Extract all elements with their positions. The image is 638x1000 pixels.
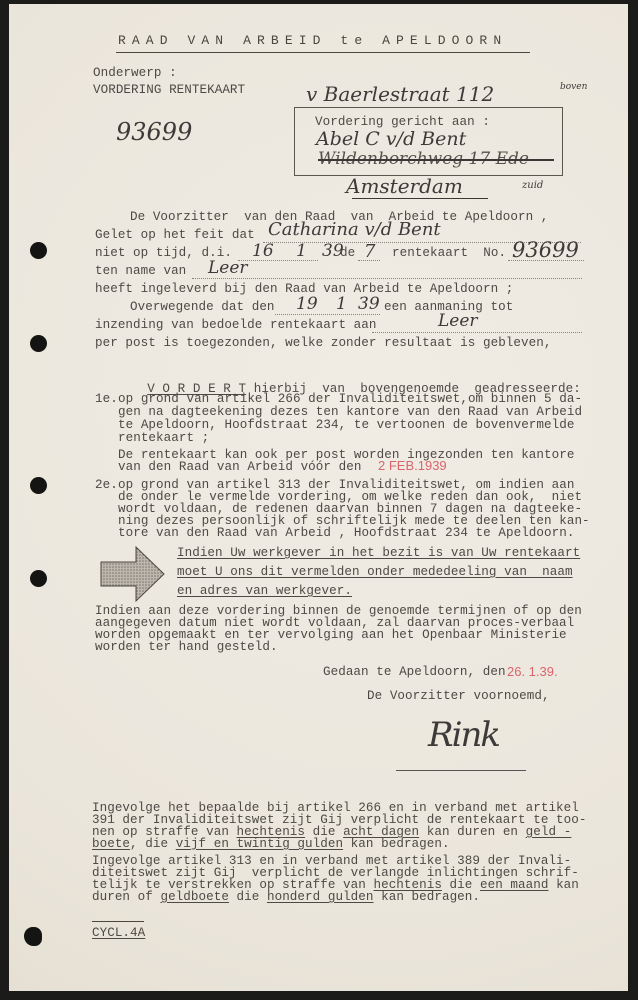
clause-2-line: tore van den Raad van Arbeid , Hoofdstra…	[118, 525, 574, 543]
subject-label: Onderwerp :	[93, 65, 177, 83]
signature-line	[396, 770, 526, 771]
punch-hole	[30, 570, 47, 587]
body-line-considering: Overwegende dat den	[130, 299, 275, 317]
header-rule	[116, 52, 530, 53]
handwritten-card-number: 93699	[512, 238, 579, 262]
clause-1-post-line: van den Raad van Arbeid vóór den	[118, 459, 361, 477]
punch-hole	[24, 927, 42, 946]
footer-line: boete, die vijf en twintig gulden kan be…	[92, 836, 450, 854]
notice-line: moet U ons dit vermelden onder mededeeli…	[177, 564, 573, 582]
fill-line	[372, 332, 582, 333]
handwritten-in-name-of: Leer	[208, 258, 248, 278]
date-stamp-deadline: 2 FEB.1939	[378, 458, 447, 473]
body-word-de: de	[340, 245, 355, 263]
strikethrough-line	[318, 159, 554, 161]
handwritten-reminder-year: 39	[358, 294, 380, 314]
notice-line: en adres van werkgever.	[177, 583, 352, 601]
date-stamp-issued: 26. 1.39.	[507, 664, 558, 679]
clause-1-number: 1e.	[95, 391, 118, 409]
notice-line: Indien Uw werkgever in het bezit is van …	[177, 545, 580, 563]
punch-hole	[30, 335, 47, 352]
handwritten-city-suffix: zuid	[522, 180, 543, 191]
subject-value: VORDERING RENTEKAART	[93, 82, 245, 100]
arrow-right-icon	[100, 545, 166, 603]
body-line-submission: inzending van bedoelde rentekaart aan	[95, 317, 376, 335]
handwritten-card-ordinal: 7	[364, 241, 375, 262]
footer-line: duren of geldboete die honderd gulden ka…	[92, 889, 480, 907]
file-number-handwritten: 93699	[116, 118, 192, 146]
fill-line	[275, 314, 380, 315]
handwritten-reminder-day: 19	[296, 294, 318, 314]
punch-hole	[30, 242, 47, 259]
signature: Rink	[428, 715, 499, 755]
penalty-line: worden ter hand gesteld.	[95, 639, 278, 657]
clause-2-number: 2e.	[95, 477, 118, 495]
body-line-sent-by-post: per post is toegezonden, welke zonder re…	[95, 335, 551, 353]
handwritten-street-suffix: boven	[560, 82, 587, 92]
header-title: RAAD VAN ARBEID te APELDOORN	[118, 33, 507, 48]
done-at-label: Gedaan te Apeldoorn, den	[323, 664, 506, 682]
fill-line	[192, 278, 582, 279]
handwritten-due-day: 16	[252, 241, 274, 261]
handwritten-sent-to: Leer	[438, 311, 478, 331]
handwritten-city: Amsterdam	[346, 174, 463, 198]
handwritten-reminder-month: 1	[336, 294, 347, 314]
body-line-noted: Gelet op het feit dat	[95, 227, 255, 245]
body-card-number-label: rentekaart No.	[392, 245, 506, 263]
chairman-label: De Voorzitter voornoemd,	[367, 688, 550, 706]
body-line-in-name-of: ten name van	[95, 263, 186, 281]
handwritten-street: v Baerlestraat 112	[306, 82, 494, 106]
handwritten-due-month: 1	[296, 241, 307, 261]
punch-hole	[30, 477, 47, 494]
city-underline	[352, 198, 488, 199]
handwritten-recipient: Abel C v/d Bent	[316, 128, 466, 150]
clause-1-line: rentekaart ;	[118, 430, 209, 448]
form-code: CYCL.4A	[92, 925, 145, 943]
handwritten-name: Catharina v/d Bent	[268, 219, 441, 240]
form-code-rule	[92, 921, 144, 922]
